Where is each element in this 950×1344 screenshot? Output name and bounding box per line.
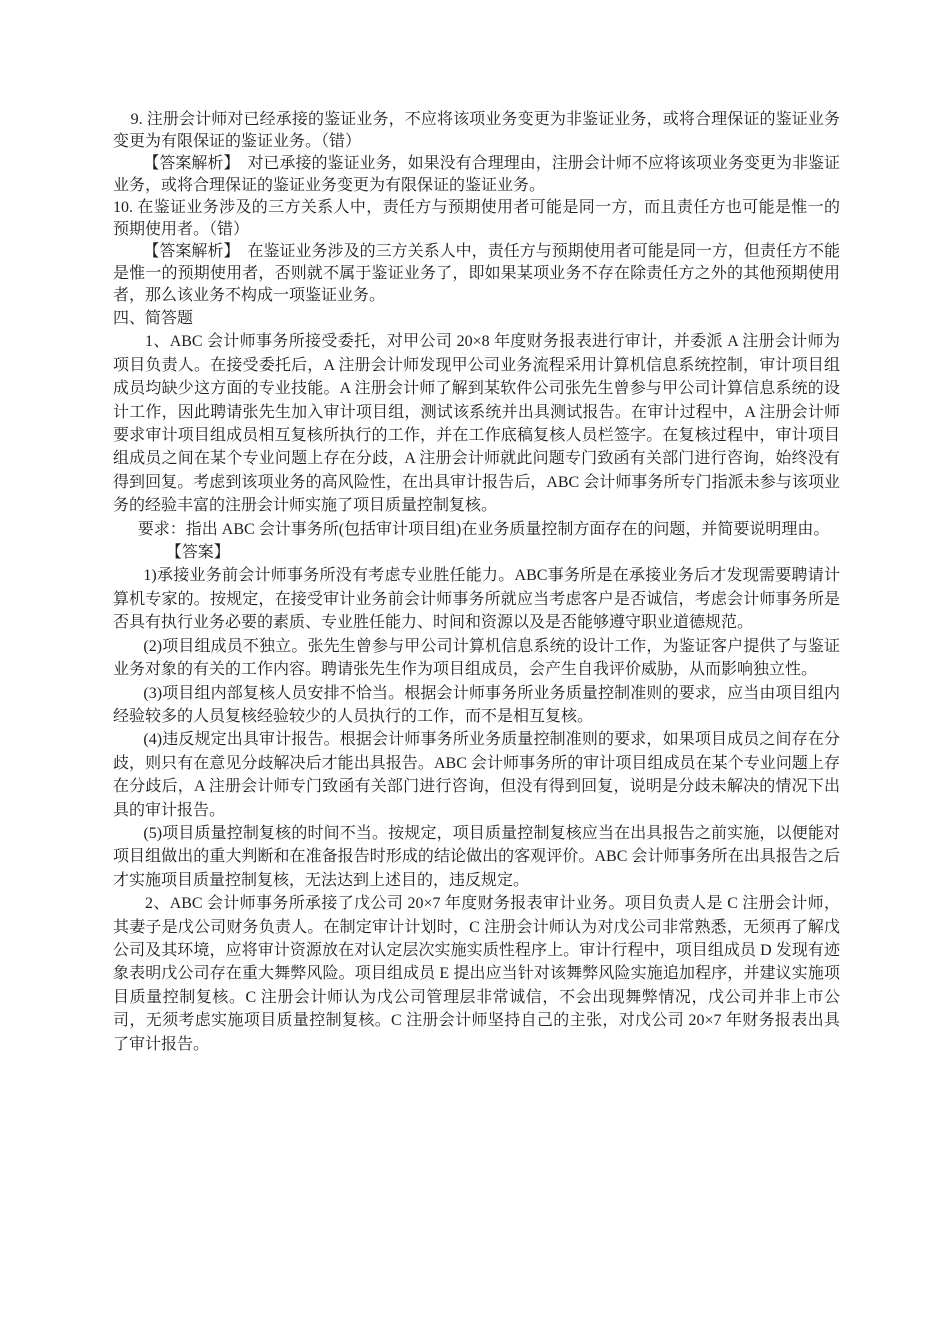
answer-point-4: (4)违反规定出具审计报告。根据会计师事务所业务质量控制准则的要求，如果项目成员… <box>113 728 840 822</box>
judgment-answer-analysis-9: 【答案解析】 对已承接的鉴证业务，如果没有合理理由，注册会计师不应将该项业务变更… <box>113 153 840 197</box>
answer-point-3: (3)项目组内部复核人员安排不恰当。根据会计师事务所业务质量控制准则的要求，应当… <box>113 682 840 729</box>
question-2-body: 2、ABC 会计师事务所承接了戊公司 20×7 年度财务报表审计业务。项目负责人… <box>113 892 840 1056</box>
question-1-requirement: 要求：指出 ABC 会计事务所(包括审计项目组)在业务质量控制方面存在的问题，并… <box>113 518 840 541</box>
judgment-question-9: 9. 注册会计师对已经承接的鉴证业务，不应将该项业务变更为非鉴证业务，或将合理保… <box>113 109 840 153</box>
question-1-body: 1、ABC 会计师事务所接受委托，对甲公司 20×8 年度财务报表进行审计，并委… <box>113 330 840 517</box>
document-body: 9. 注册会计师对已经承接的鉴证业务，不应将该项业务变更为非鉴证业务，或将合理保… <box>113 109 840 1056</box>
judgment-answer-analysis-10: 【答案解析】 在鉴证业务涉及的三方关系人中，责任方与预期使用者可能是同一方，但责… <box>113 241 840 307</box>
answer-point-2: (2)项目组成员不独立。张先生曾参与甲公司计算机信息系统的设计工作，为鉴证客户提… <box>113 635 840 682</box>
answer-point-5: (5)项目质量控制复核的时间不当。按规定，项目质量控制复核应当在出具报告之前实施… <box>113 822 840 892</box>
question-1-answer-label: 【答案】 <box>113 541 840 564</box>
page: { "page": { "background": "#ffffff", "te… <box>0 0 950 1344</box>
short-answer-section: 四、简答题 1、ABC 会计师事务所接受委托，对甲公司 20×8 年度财务报表进… <box>113 307 840 1056</box>
true-false-section: 9. 注册会计师对已经承接的鉴证业务，不应将该项业务变更为非鉴证业务，或将合理保… <box>113 109 840 307</box>
answer-point-1: 1)承接业务前会计师事务所没有考虑专业胜任能力。ABC事务所是在承接业务后才发现… <box>113 564 840 634</box>
judgment-question-10: 10. 在鉴证业务涉及的三方关系人中，责任方与预期使用者可能是同一方，而且责任方… <box>113 197 840 241</box>
section-heading: 四、简答题 <box>113 307 840 330</box>
